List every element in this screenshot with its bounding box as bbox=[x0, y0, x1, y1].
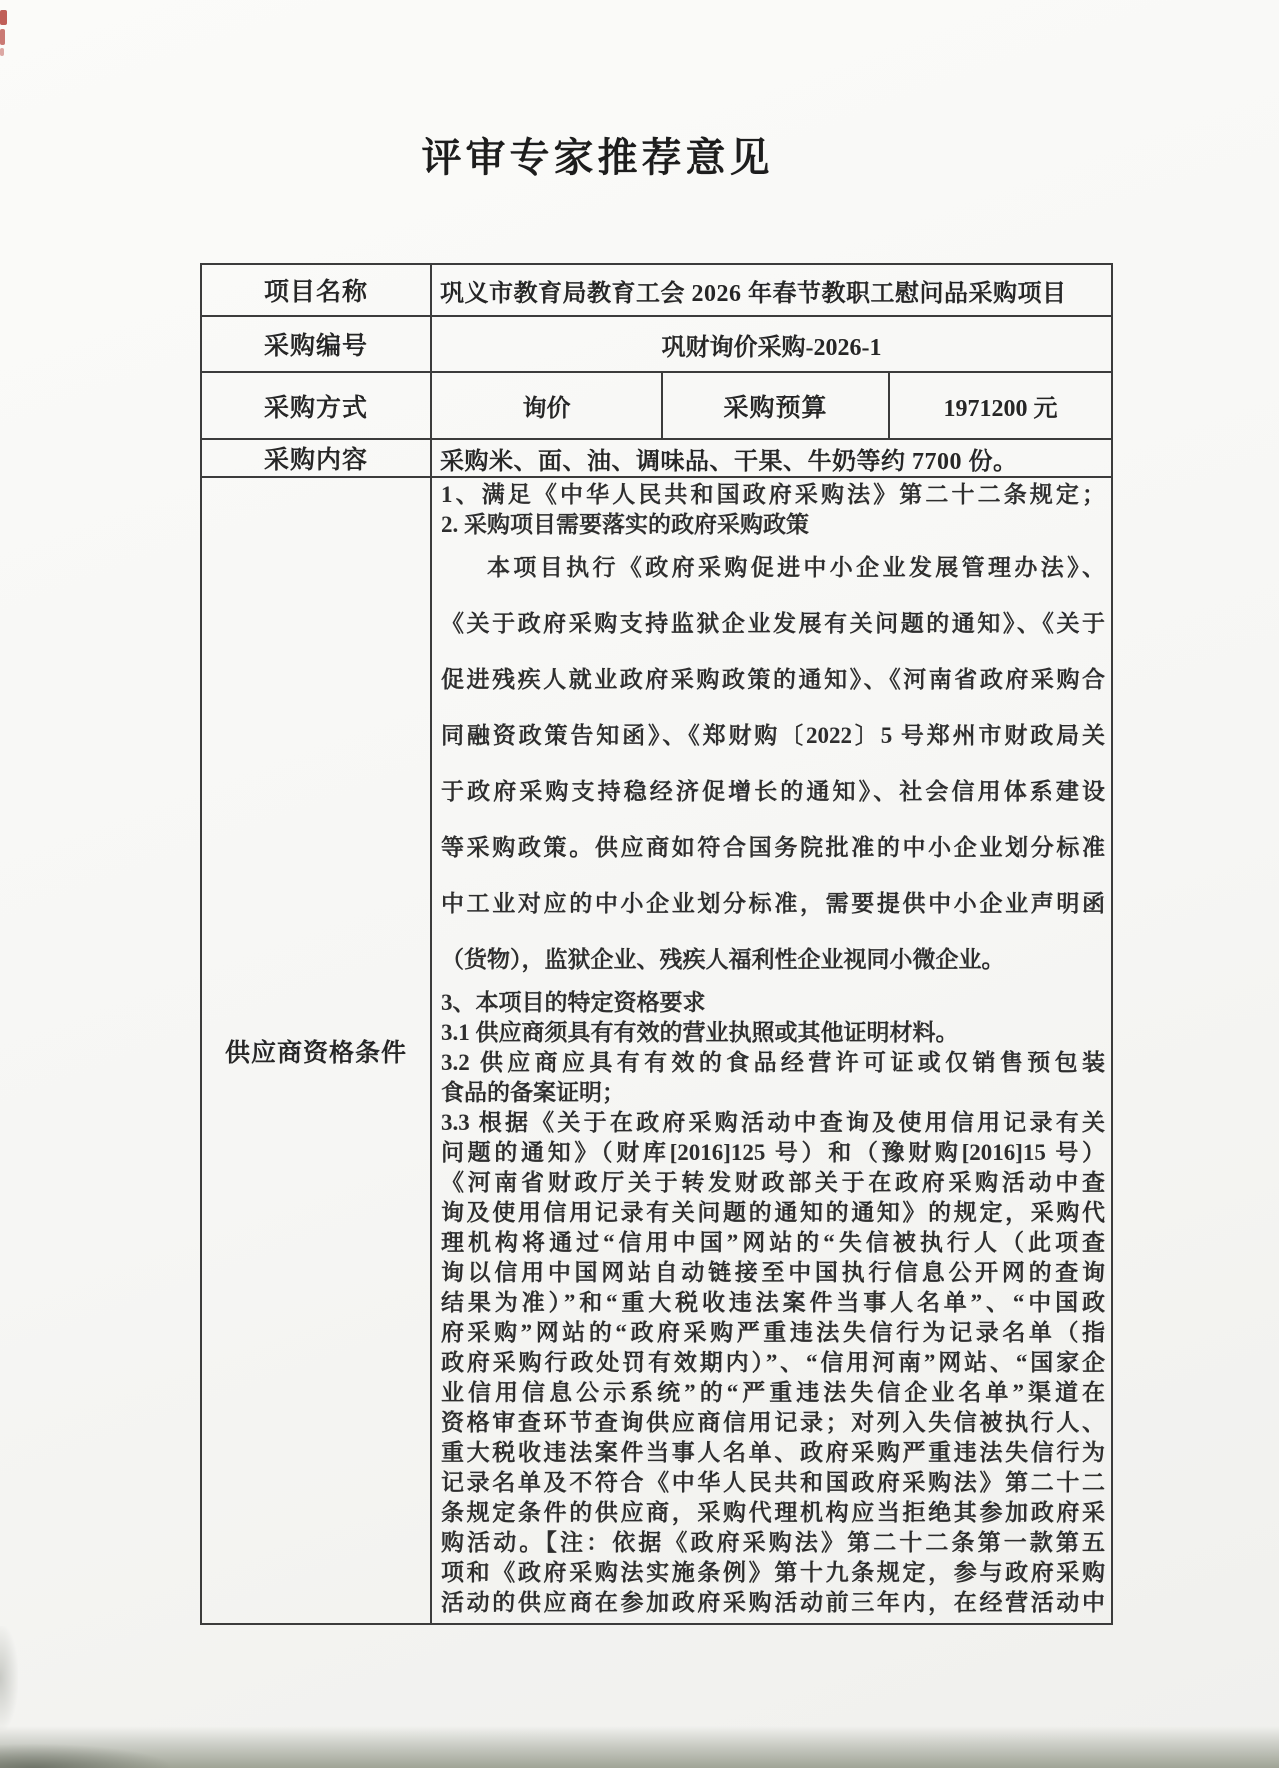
procurement-content-value: 采购米、面、油、调味品、干果、牛奶等约 7700 份。 bbox=[432, 440, 1111, 476]
project-name-value: 巩义市教育局教育工会 2026 年春节教职工慰问品采购项目 bbox=[432, 265, 1111, 315]
scan-bottom-shadow bbox=[0, 1726, 1279, 1768]
qualification-line: 1、满足《中华人民共和国政府采购法》第二十二条规定； bbox=[441, 480, 1105, 510]
qualification-line: 3.3 根据《关于在政府采购活动中查询及使用信用记录有关 bbox=[441, 1108, 1105, 1138]
scan-edge-smudge bbox=[0, 1626, 18, 1730]
qualification-line: 于政府采购支持稳经济促增长的通知》、社会信用体系建设 bbox=[441, 764, 1105, 820]
qualification-line: 结果为准）”和“重大税收违法案件当事人名单”、“中国政 bbox=[441, 1288, 1105, 1318]
qualification-line: 重大税收违法案件当事人名单、政府采购严重违法失信行为 bbox=[441, 1438, 1105, 1468]
qualification-line: 政府采购行政处罚有效期内）”、“信用河南”网站、“国家企 bbox=[441, 1348, 1105, 1378]
table-row-procurement-method: 采购方式 询价 采购预算 1971200 元 bbox=[202, 373, 1111, 440]
qualification-section: 3、本项目的特定资格要求3.1 供应商须具有有效的营业执照或其他证明材料。3.2… bbox=[441, 988, 1105, 1618]
procurement-method-value: 询价 bbox=[432, 373, 663, 438]
table-row-project-name: 项目名称 巩义市教育局教育工会 2026 年春节教职工慰问品采购项目 bbox=[202, 265, 1111, 317]
qualification-line: 食品的备案证明； bbox=[441, 1078, 1105, 1108]
qualification-line: 本项目执行《政府采购促进中小企业发展管理办法》、 bbox=[441, 540, 1105, 596]
qualification-line: 3.2 供应商应具有有效的食品经营许可证或仅销售预包装 bbox=[441, 1048, 1105, 1078]
qualification-line: 资格审查环节查询供应商信用记录；对列入失信被执行人、 bbox=[441, 1408, 1105, 1438]
qualification-section: 1、满足《中华人民共和国政府采购法》第二十二条规定；2. 采购项目需要落实的政府… bbox=[441, 480, 1105, 540]
procurement-content-label: 采购内容 bbox=[202, 440, 432, 476]
qualification-line: 3.1 供应商须具有有效的营业执照或其他证明材料。 bbox=[441, 1018, 1105, 1048]
qualification-line: 《关于政府采购支持监狱企业发展有关问题的通知》、《关于 bbox=[441, 596, 1105, 652]
procurement-number-label: 采购编号 bbox=[202, 317, 432, 371]
qualification-line: 3、本项目的特定资格要求 bbox=[441, 988, 1105, 1018]
qualification-section: 本项目执行《政府采购促进中小企业发展管理办法》、《关于政府采购支持监狱企业发展有… bbox=[441, 540, 1105, 988]
qualification-line: 府采购”网站的“政府采购严重违法失信行为记录名单（指 bbox=[441, 1318, 1105, 1348]
qualification-line: 购活动。【注：依据《政府采购法》第二十二条第一款第五 bbox=[441, 1528, 1105, 1558]
qualification-line: 同融资政策告知函》、《郑财购〔2022〕5 号郑州市财政局关 bbox=[441, 708, 1105, 764]
qualification-line: 《河南省财政厅关于转发财政部关于在政府采购活动中查 bbox=[441, 1168, 1105, 1198]
table-row-supplier-qualification: 供应商资格条件 1、满足《中华人民共和国政府采购法》第二十二条规定；2. 采购项… bbox=[202, 478, 1111, 1623]
document-table: 项目名称 巩义市教育局教育工会 2026 年春节教职工慰问品采购项目 采购编号 … bbox=[200, 263, 1113, 1625]
qualification-line: 2. 采购项目需要落实的政府采购政策 bbox=[441, 510, 1105, 540]
qualification-line: 业信用信息公示系统”的“严重违法失信企业名单”渠道在 bbox=[441, 1378, 1105, 1408]
procurement-number-value: 巩财询价采购-2026-1 bbox=[432, 317, 1111, 371]
scan-red-mark bbox=[0, 48, 4, 56]
project-name-label: 项目名称 bbox=[202, 265, 432, 315]
qualification-line: 询以信用中国网站自动链接至中国执行信息公开网的查询 bbox=[441, 1258, 1105, 1288]
qualification-line: （货物），监狱企业、残疾人福利性企业视同小微企业。 bbox=[441, 932, 1105, 988]
qualification-line: 活动的供应商在参加政府采购活动前三年内，在经营活动中 bbox=[441, 1588, 1105, 1618]
qualification-line: 询及使用信用记录有关问题的通知的通知》的规定，采购代 bbox=[441, 1198, 1105, 1228]
qualification-line: 中工业对应的中小企业划分标准，需要提供中小企业声明函 bbox=[441, 876, 1105, 932]
page-title: 评审专家推荐意见 bbox=[0, 126, 1237, 183]
scan-red-mark bbox=[0, 10, 7, 25]
qualification-line: 条规定条件的供应商，采购代理机构应当拒绝其参加政府采 bbox=[441, 1498, 1105, 1528]
qualification-line: 理机构将通过“信用中国”网站的“失信被执行人（此项查 bbox=[441, 1228, 1105, 1258]
scanned-document-page: 评审专家推荐意见 项目名称 巩义市教育局教育工会 2026 年春节教职工慰问品采… bbox=[0, 0, 1279, 1768]
table-row-procurement-content: 采购内容 采购米、面、油、调味品、干果、牛奶等约 7700 份。 bbox=[202, 440, 1111, 478]
qualification-line: 项和《政府采购法实施条例》第十九条规定，参与政府采购 bbox=[441, 1558, 1105, 1588]
qualification-line: 记录名单及不符合《中华人民共和国政府采购法》第二十二 bbox=[441, 1468, 1105, 1498]
scan-red-mark bbox=[0, 29, 5, 45]
qualification-line: 等采购政策。供应商如符合国务院批准的中小企业划分标准 bbox=[441, 820, 1105, 876]
qualification-line: 促进残疾人就业政府采购政策的通知》、《河南省政府采购合 bbox=[441, 652, 1105, 708]
scan-bottom-corner-shadow bbox=[0, 1744, 170, 1768]
qualification-line: 问题的通知》（财库[2016]125 号）和（豫财购[2016]15 号） bbox=[441, 1138, 1105, 1168]
supplier-qualification-label: 供应商资格条件 bbox=[202, 478, 432, 1623]
budget-value: 1971200 元 bbox=[890, 373, 1111, 438]
procurement-method-label: 采购方式 bbox=[202, 373, 432, 438]
table-row-procurement-number: 采购编号 巩财询价采购-2026-1 bbox=[202, 317, 1111, 373]
budget-label: 采购预算 bbox=[663, 373, 890, 438]
qualification-content: 1、满足《中华人民共和国政府采购法》第二十二条规定；2. 采购项目需要落实的政府… bbox=[432, 478, 1111, 1623]
